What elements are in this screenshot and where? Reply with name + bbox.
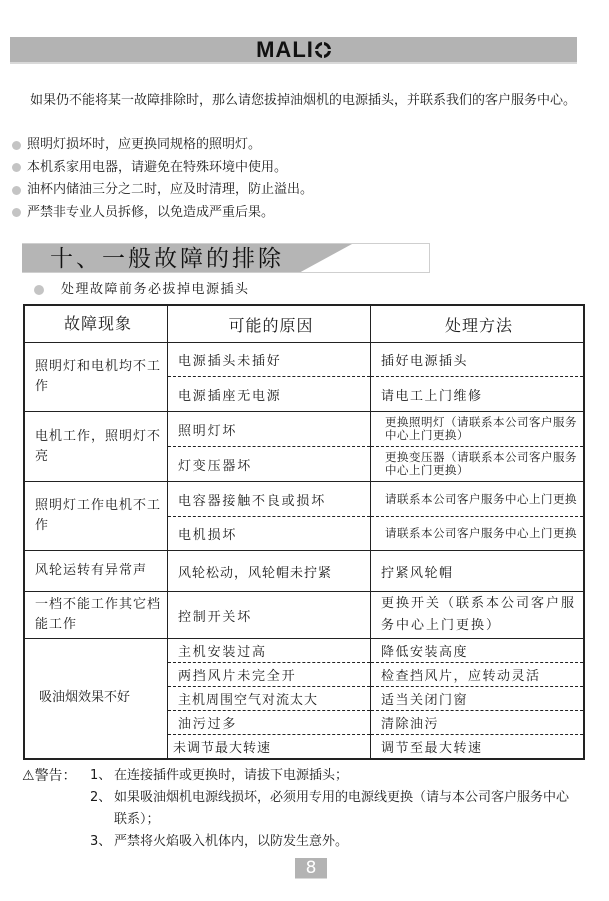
bullet-dot-icon xyxy=(12,141,21,150)
bullet-item: 严禁非专业人员拆修，以免造成严重后果。 xyxy=(10,202,580,225)
cause-cell: 油污过多 xyxy=(168,711,371,735)
warning-block: ⚠警告： 1、 在连接插件或更换时，请拔下电源插头； 2、 如果吸油烟机电源线损… xyxy=(22,765,592,787)
bullet-text: 严禁非专业人员拆修，以免造成严重后果。 xyxy=(27,202,274,225)
cause-cell: 电源插头未插好 xyxy=(168,343,371,377)
symptom-cell: 一档不能工作其它档能工作 xyxy=(24,592,168,639)
bullet-text: 照明灯损坏时，应更换同规格的照明灯。 xyxy=(27,134,261,157)
bullet-text: 油杯内储油三分之二时，应及时清理，防止溢出。 xyxy=(27,179,313,202)
header-solution: 处理方法 xyxy=(371,305,585,343)
header-symptom: 故障现象 xyxy=(24,305,168,343)
intro-paragraph: 如果仍不能将某一故障排除时，那么请您拔掉油烟机的电源插头，并联系我们的客户服务中… xyxy=(30,90,580,112)
solution-cell: 适当关闭门窗 xyxy=(371,687,585,711)
solution-cell: 检查挡风片，应转动灵活 xyxy=(371,663,585,687)
table-header-row: 故障现象 可能的原因 处理方法 xyxy=(24,305,584,343)
solution-cell: 更换开关（联系本公司客户服务中心上门更换） xyxy=(371,592,585,639)
table-row: 吸油烟效果不好 主机安装过高 降低安装高度 xyxy=(24,639,584,663)
solution-cell: 请联系本公司客户服务中心上门更换 xyxy=(371,517,585,551)
solution-cell: 调节至最大转速 xyxy=(371,735,585,759)
bullet-dot-icon xyxy=(12,186,21,195)
bullet-item: 本机系家用电器，请避免在特殊环境中使用。 xyxy=(10,157,580,180)
bullet-item: 照明灯损坏时，应更换同规格的照明灯。 xyxy=(10,134,580,157)
symptom-cell: 照明灯工作电机不工作 xyxy=(24,482,168,551)
solution-cell: 更换变压器（请联系本公司客户服务中心上门更换） xyxy=(371,447,585,482)
cause-cell: 主机安装过高 xyxy=(168,639,371,663)
solution-cell: 降低安装高度 xyxy=(371,639,585,663)
table-row: 风轮运转有异常声 风轮松动，风轮帽未拧紧 拧紧风轮帽 xyxy=(24,551,584,592)
warning-item: 3、 严禁将火焰吸入机体内，以防发生意外。 xyxy=(90,831,590,853)
bullet-dot-icon xyxy=(12,163,21,172)
bullet-item: 油杯内储油三分之二时，应及时清理，防止溢出。 xyxy=(10,179,580,202)
cause-cell: 电机损坏 xyxy=(168,517,371,551)
solution-cell: 拧紧风轮帽 xyxy=(371,551,585,592)
symptom-cell: 风轮运转有异常声 xyxy=(24,551,168,592)
warning-item-number: 2、 xyxy=(90,787,114,831)
bullet-text: 本机系家用电器，请避免在特殊环境中使用。 xyxy=(27,157,287,180)
solution-cell: 请联系本公司客户服务中心上门更换 xyxy=(371,482,585,517)
table-row: 一档不能工作其它档能工作 控制开关坏 更换开关（联系本公司客户服务中心上门更换） xyxy=(24,592,584,639)
symptom-cell: 电机工作，照明灯不亮 xyxy=(24,412,168,482)
section-title: 十、一般故障的排除 xyxy=(50,244,284,273)
solution-cell: 请电工上门维修 xyxy=(371,377,585,412)
troubleshooting-table: 故障现象 可能的原因 处理方法 照明灯和电机均不工作 电源插头未插好 插好电源插… xyxy=(23,304,585,760)
cause-cell: 两挡风片未完全开 xyxy=(168,663,371,687)
cause-cell: 风轮松动，风轮帽未拧紧 xyxy=(168,551,371,592)
warning-item-text: 在连接插件或更换时，请拔下电源插头； xyxy=(114,765,348,787)
header-cause: 可能的原因 xyxy=(168,305,371,343)
subtitle-text: 处理故障前务必拔掉电源插头 xyxy=(61,281,250,299)
table-row: 电机工作，照明灯不亮 照明灯坏 更换照明灯（请联系本公司客户服务中心上门更换） xyxy=(24,412,584,447)
warning-item-text: 严禁将火焰吸入机体内，以防发生意外。 xyxy=(114,831,348,853)
warning-item-number: 1、 xyxy=(90,765,114,787)
solution-cell: 清除油污 xyxy=(371,711,585,735)
warning-item: 2、 如果吸油烟机电源线损坏，必须用专用的电源线更换（请与本公司客户服务中心联系… xyxy=(90,787,590,831)
solution-cell: 更换照明灯（请联系本公司客户服务中心上门更换） xyxy=(371,412,585,447)
bullet-dot-icon xyxy=(12,208,21,217)
warning-list: 1、 在连接插件或更换时，请拔下电源插头； 2、 如果吸油烟机电源线损坏，必须用… xyxy=(90,765,590,853)
section-subtitle: 处理故障前务必拔掉电源插头 xyxy=(34,281,250,299)
cause-cell: 电容器接触不良或损坏 xyxy=(168,482,371,517)
warning-label-text: 警告： xyxy=(35,768,77,784)
warning-item: 1、 在连接插件或更换时，请拔下电源插头； xyxy=(90,765,590,787)
symptom-cell: 吸油烟效果不好 xyxy=(24,639,168,759)
safety-bullet-list: 照明灯损坏时，应更换同规格的照明灯。 本机系家用电器，请避免在特殊环境中使用。 … xyxy=(10,134,580,224)
cause-cell: 照明灯坏 xyxy=(168,412,371,447)
cause-cell: 控制开关坏 xyxy=(168,592,371,639)
bullet-dot-icon xyxy=(34,285,44,295)
symptom-cell: 照明灯和电机均不工作 xyxy=(24,343,168,412)
solution-cell: 插好电源插头 xyxy=(371,343,585,377)
brand-name: MALI xyxy=(256,37,314,62)
header-bar: MALI xyxy=(10,37,577,64)
cause-cell: 主机周围空气对流太大 xyxy=(168,687,371,711)
cause-cell: 灯变压器坏 xyxy=(168,447,371,482)
warning-item-text: 如果吸油烟机电源线损坏，必须用专用的电源线更换（请与本公司客户服务中心联系）； xyxy=(114,787,574,831)
table-row: 照明灯和电机均不工作 电源插头未插好 插好电源插头 xyxy=(24,343,584,377)
brand-logo-o-icon xyxy=(315,42,331,58)
warning-item-number: 3、 xyxy=(90,831,114,853)
warning-triangle-icon: ⚠ xyxy=(22,768,35,784)
page-number: 8 xyxy=(295,858,327,879)
cause-cell: 电源插座无电源 xyxy=(168,377,371,412)
brand-logo: MALI xyxy=(10,38,577,62)
table-row: 照明灯工作电机不工作 电容器接触不良或损坏 请联系本公司客户服务中心上门更换 xyxy=(24,482,584,517)
warning-label: ⚠警告： xyxy=(22,765,90,787)
section-title-bar: 十、一般故障的排除 xyxy=(22,243,430,273)
cause-cell: 未调节最大转速 xyxy=(168,735,371,759)
